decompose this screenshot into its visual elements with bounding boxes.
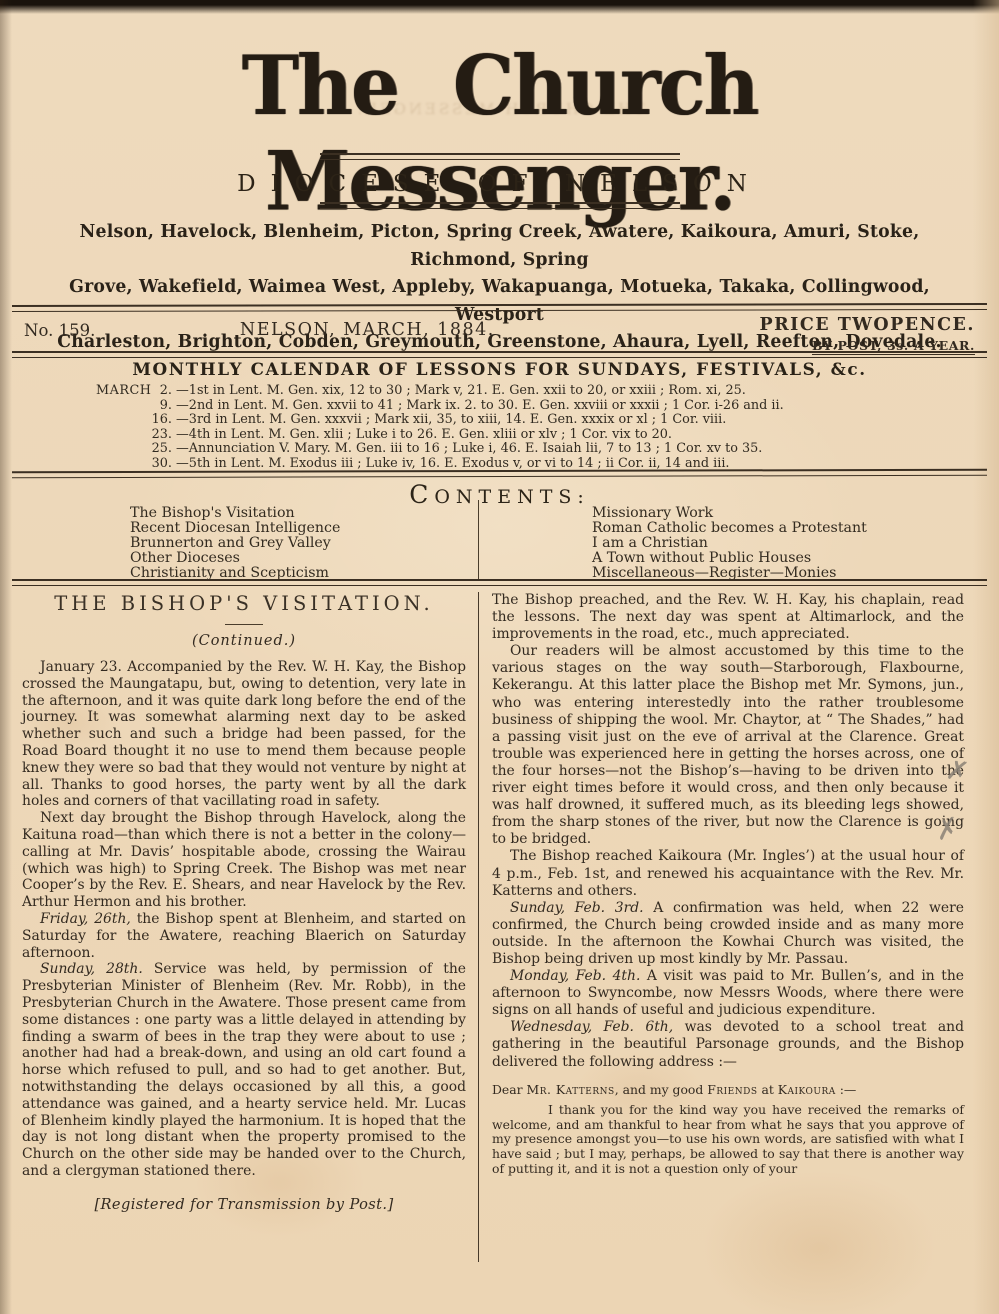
salutation-part: at <box>758 1082 778 1097</box>
calendar-table: MARCH 2. —1st in Lent. M. Gen. xix, 12 t… <box>96 384 944 472</box>
contents-item: The Bishop's Visitation <box>130 506 478 521</box>
paragraph-text: Next day brought the Bishop through Have… <box>22 810 466 910</box>
price-box: PRICE TWOPENCE. BY POST, 3s. A YEAR. <box>759 315 975 355</box>
paragraph: Sunday, Feb. 3rd. A confirmation was hel… <box>492 900 964 968</box>
paragraph-text: Accompanied by the Rev. W. H. Kay, the B… <box>22 659 466 809</box>
pencil-x-mark: ✗ <box>943 754 971 788</box>
dateline: No. 159. NELSON, MARCH, 1884. PRICE TWOP… <box>24 315 975 355</box>
registered-post-footer: [Registered for Transmission by Post.] <box>22 1196 466 1213</box>
calendar-day: 23. <box>150 428 172 443</box>
paragraph-lead: Wednesday, Feb. 6th, <box>510 1019 673 1035</box>
salutation-part: :— <box>836 1082 857 1097</box>
contents-left-list: The Bishop's Visitation Recent Diocesan … <box>0 506 478 581</box>
calendar-lessons: —4th in Lent. M. Gen. xlii ; Luke i to 2… <box>172 428 944 443</box>
place-and-date: NELSON, MARCH, 1884. <box>240 315 615 355</box>
contents-item: Recent Diocesan Intelligence <box>130 521 478 536</box>
calendar-month-spacer <box>96 457 150 472</box>
article-column-right: The Bishop preached, and the Rev. W. H. … <box>492 592 964 1176</box>
paragraph-lead: Monday, Feb. 4th. <box>510 968 640 984</box>
calendar-row: 16. —3rd in Lent. M. Gen. xxxvii ; Mark … <box>96 413 944 428</box>
calendar-row: 25. —Annunciation V. Mary. M. Gen. iii t… <box>96 442 944 457</box>
column-divider-rule <box>478 592 479 1262</box>
paragraph-text: The Bishop preached, and the Rev. W. H. … <box>492 592 964 642</box>
paragraph: Wednesday, Feb. 6th, was devoted to a sc… <box>492 1019 964 1070</box>
rule-below-dateline <box>12 351 987 358</box>
calendar-day: 25. <box>150 442 172 457</box>
calendar-lessons: —Annunciation V. Mary. M. Gen. iii to 16… <box>172 442 944 457</box>
paragraph-lead: Friday, 26th, <box>40 911 131 927</box>
issue-number: No. 159. <box>24 315 95 355</box>
paragraph: Friday, 26th, the Bishop spent at Blenhe… <box>22 911 466 961</box>
calendar-month-label: MARCH <box>96 384 150 399</box>
contents-right-list: Missionary Work Roman Catholic becomes a… <box>478 506 867 581</box>
calendar-row: 23. —4th in Lent. M. Gen. xlii ; Luke i … <box>96 428 944 443</box>
paragraph: January 23. Accompanied by the Rev. W. H… <box>22 659 466 810</box>
salutation-part: Dear <box>492 1082 527 1097</box>
address-salutation: Dear Mr. Katterns, and my good Friends a… <box>492 1083 964 1098</box>
paragraph-text: Our readers will be almost accustomed by… <box>492 643 964 847</box>
paragraph: Next day brought the Bishop through Have… <box>22 810 466 911</box>
salutation-name: Kaikoura <box>778 1082 836 1097</box>
bishop-address-block: Dear Mr. Katterns, and my good Friends a… <box>492 1083 964 1177</box>
calendar-title: MONTHLY CALENDAR OF LESSONS FOR SUNDAYS,… <box>0 359 999 379</box>
salutation-part: , and my good <box>615 1082 708 1097</box>
paragraph: The Bishop reached Kaikoura (Mr. Ingles’… <box>492 848 964 899</box>
article-column-left: THE BISHOP'S VISITATION. (Continued.) Ja… <box>22 592 466 1213</box>
continued-label: (Continued.) <box>22 633 466 649</box>
paragraph-lead: January 23. <box>40 659 122 675</box>
paragraph-text: The Bishop reached Kaikoura (Mr. Ingles’… <box>492 848 964 898</box>
contents-item: Brunnerton and Grey Valley <box>130 536 478 551</box>
calendar-lessons: —1st in Lent. M. Gen. xix, 12 to 30 ; Ma… <box>172 384 944 399</box>
rule-below-diocese <box>320 202 680 209</box>
calendar-row: 9. —2nd in Lent. M. Gen. xxvii to 41 ; M… <box>96 399 944 414</box>
calendar-lessons: —2nd in Lent. M. Gen. xxvii to 41 ; Mark… <box>172 399 944 414</box>
calendar-lessons: —3rd in Lent. M. Gen. xxxvii ; Mark xii,… <box>172 413 944 428</box>
paragraph: The Bishop preached, and the Rev. W. H. … <box>492 592 964 643</box>
rule-above-contents <box>12 469 987 479</box>
scan-top-edge <box>0 0 999 14</box>
calendar-row: MARCH 2. —1st in Lent. M. Gen. xix, 12 t… <box>96 384 944 399</box>
article-heading: THE BISHOP'S VISITATION. <box>22 592 466 615</box>
newspaper-page: THE CHURCH MESSENGER. The Church Messeng… <box>0 0 999 1314</box>
contents-lists: The Bishop's Visitation Recent Diocesan … <box>0 506 999 581</box>
calendar-month-spacer <box>96 399 150 414</box>
places-line-1: Nelson, Havelock, Blenheim, Picton, Spri… <box>28 219 971 274</box>
contents-item: I am a Christian <box>592 536 867 551</box>
contents-item: Roman Catholic becomes a Protestant <box>592 521 867 536</box>
paragraph: Our readers will be almost accustomed by… <box>492 643 964 848</box>
paragraph: Sunday, 28th. Service was held, by permi… <box>22 961 466 1179</box>
salutation-name: Friends <box>707 1082 757 1097</box>
calendar-day: 16. <box>150 413 172 428</box>
diocese-line: DIOCESE OF NELSON <box>0 171 999 197</box>
calendar-day: 30. <box>150 457 172 472</box>
rule-above-diocese <box>320 153 680 160</box>
calendar-month-spacer <box>96 413 150 428</box>
heading-rule <box>225 624 263 625</box>
salutation-name: Mr. Katterns <box>527 1082 615 1097</box>
contents-item: A Town without Public Houses <box>592 551 867 566</box>
contents-item: Missionary Work <box>592 506 867 521</box>
calendar-month-spacer <box>96 428 150 443</box>
address-body: I thank you for the kind way you have re… <box>492 1103 964 1176</box>
contents-item: Other Dioceses <box>130 551 478 566</box>
calendar-day: 9. <box>150 399 172 414</box>
price: PRICE TWOPENCE. <box>759 315 975 335</box>
paragraph-lead: Sunday, Feb. 3rd. <box>510 900 644 916</box>
masthead-title: The Church Messenger. <box>0 39 999 230</box>
paragraph-text: Service was held, by permission of the P… <box>22 961 466 1179</box>
paragraph-lead: Sunday, 28th. <box>40 961 143 977</box>
article-body: January 23. Accompanied by the Rev. W. H… <box>22 659 466 1180</box>
calendar-month-spacer <box>96 442 150 457</box>
paragraph: Monday, Feb. 4th. A visit was paid to Mr… <box>492 968 964 1019</box>
pencil-x-mark: ✗ <box>935 811 960 848</box>
article-body: The Bishop preached, and the Rev. W. H. … <box>492 592 964 1071</box>
rule-below-contents <box>12 579 987 586</box>
calendar-day: 2. <box>150 384 172 399</box>
